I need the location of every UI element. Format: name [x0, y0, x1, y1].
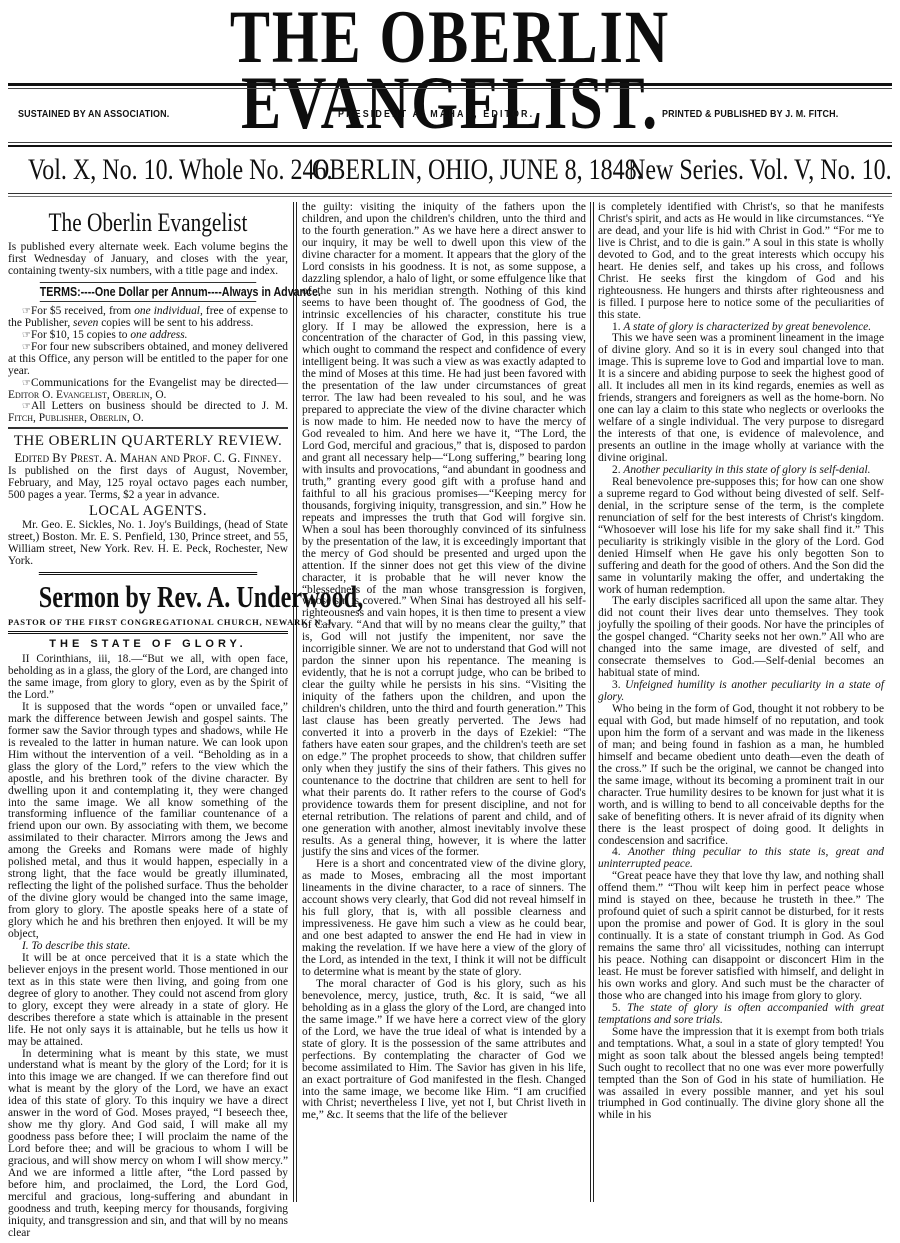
body-paragraph: Here is a short and concentrated view of… — [302, 859, 586, 979]
editor-line: PRESIDENT A. MAHAN, EDITOR. — [338, 108, 534, 120]
masthead-rule-thin — [8, 88, 892, 89]
dateline-rule — [8, 193, 892, 194]
column-2: the guilty: visiting the iniquity of the… — [302, 202, 586, 1122]
pointing-hand-icon: ☞ — [22, 378, 31, 389]
pointing-hand-icon: ☞ — [22, 306, 31, 317]
notice-item: ☞For four new subscribers obtained, and … — [8, 342, 288, 378]
local-agents-body: Mr. Geo. E. Sickles, No. 1. Joy's Buildi… — [8, 520, 288, 568]
pointing-hand-icon: ☞ — [22, 401, 31, 412]
body-paragraph: In determining what is meant by this sta… — [8, 1049, 288, 1240]
body-paragraph: Real benevolence pre-supposes this; for … — [598, 477, 884, 597]
sustained-line: SUSTAINED BY AN ASSOCIATION. — [18, 108, 169, 120]
series-number: New Series. Vol. V, No. 10. — [628, 152, 892, 188]
body-paragraph: The early disciples sacrificed all upon … — [598, 596, 884, 680]
body-paragraph: Who being in the form of God, thought it… — [598, 704, 884, 847]
point-heading-4: 4. Another thing peculiar to this state … — [598, 847, 884, 871]
point-heading-3: 3. Unfeigned humility is another peculia… — [598, 680, 884, 704]
column-3: is completely identified with Christ's, … — [598, 202, 884, 1122]
pointing-hand-icon: ☞ — [22, 330, 31, 341]
quarterly-review-body: Is published on the first days of August… — [8, 466, 288, 502]
sermon-title: Sermon by Rev. A. Underwood, — [39, 572, 257, 616]
dateline: OBERLIN, OHIO, JUNE 8, 1848. — [312, 152, 643, 188]
body-paragraph: Some have the impression that it is exem… — [598, 1027, 884, 1123]
body-paragraph: the guilty: visiting the iniquity of the… — [302, 202, 586, 859]
subscription-terms: TERMS:----One Dollar per Annum----Always… — [40, 282, 256, 302]
quarterly-review-editors: Edited By Prest. A. Mahan and Prof. C. G… — [8, 450, 288, 466]
sermon-subtitle: PASTOR OF THE FIRST CONGREGATIONAL CHURC… — [8, 616, 288, 634]
body-paragraph: It is supposed that the words “open or u… — [8, 702, 288, 941]
column-divider — [590, 202, 592, 1202]
body-paragraph: is completely identified with Christ's, … — [598, 202, 884, 322]
dateline-rule-thin — [8, 196, 892, 197]
column-divider — [593, 202, 595, 1202]
subhead-rule-thin — [8, 142, 892, 143]
notice-item: ☞For $5 received, from one individual, f… — [8, 306, 288, 330]
publication-intro: Is published every alternate week. Each … — [8, 242, 288, 278]
body-paragraph: It will be at once perceived that it is … — [8, 953, 288, 1049]
notice-item: ☞Communications for the Evangelist may b… — [8, 378, 288, 402]
paper-title: The Oberlin Evangelist — [33, 206, 263, 240]
column-divider — [296, 202, 298, 1202]
point-heading-5: 5. The state of glory is often accompani… — [598, 1003, 884, 1027]
sermon-heading: THE STATE OF GLORY. — [8, 634, 288, 654]
body-paragraph: This we have seen was a prominent lineam… — [598, 333, 884, 464]
body-paragraph: “Great peace have they that love thy law… — [598, 871, 884, 1002]
column-divider — [293, 202, 295, 1202]
subhead-rule — [8, 145, 892, 147]
body-paragraph: The moral character of God is his glory,… — [302, 979, 586, 1122]
scripture-text: II Corinthians, iii, 18.—“But we all, wi… — [8, 654, 288, 702]
pointing-hand-icon: ☞ — [22, 342, 31, 353]
publisher-line: PRINTED & PUBLISHED BY J. M. FITCH. — [662, 108, 838, 120]
quarterly-review-title: THE OBERLIN QUARTERLY REVIEW. — [8, 427, 288, 450]
column-1: The Oberlin Evangelist Is published ever… — [8, 202, 288, 1240]
masthead-rule — [8, 83, 892, 86]
volume-number: Vol. X, No. 10. Whole No. 246. — [28, 152, 332, 188]
notice-item: ☞All Letters on business should be direc… — [8, 401, 288, 425]
local-agents-title: LOCAL AGENTS. — [8, 502, 288, 520]
